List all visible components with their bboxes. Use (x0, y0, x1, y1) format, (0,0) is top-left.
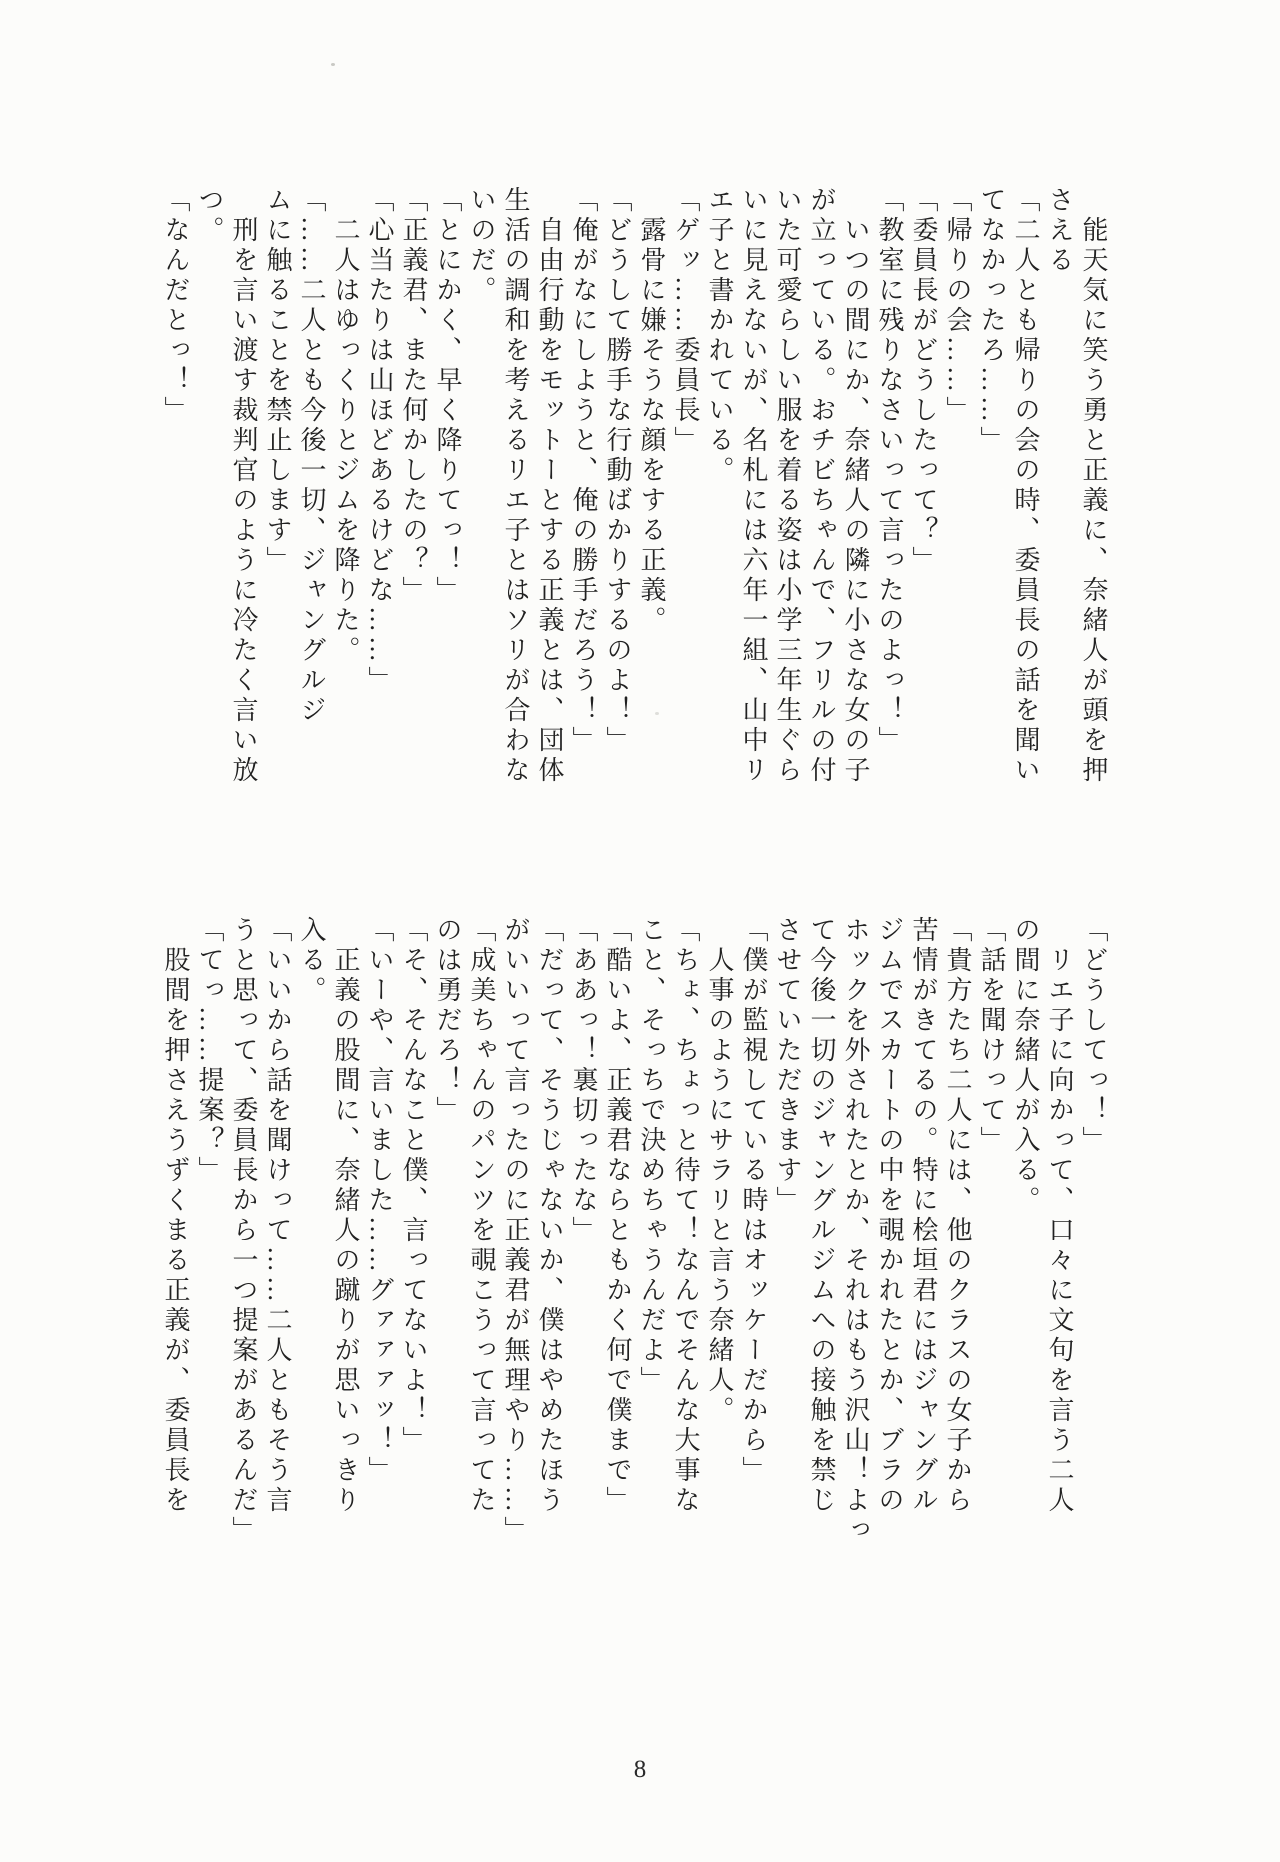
text-column: 自由行動をモットーとする正義とは、団体 (532, 186, 566, 848)
text-column: 「心当たりは山ほどあるけどな……」 (362, 186, 396, 848)
text-column: いのだ。 (464, 186, 498, 848)
text-column: 「そ、そんなこと僕、言ってないよ！」 (396, 916, 430, 1578)
text-column: ムに触ることを禁止します」 (260, 186, 294, 848)
top-text-block: 能天気に笑う勇と正義に、奈緒人が頭を押さえる「二人とも帰りの会の時、委員長の話を… (158, 186, 1110, 848)
text-column: 露骨に嫌そうな顔をする正義。 (634, 186, 668, 848)
text-column: がいいって言ったのに正義君が無理やり……」 (498, 916, 532, 1578)
page-number: 8 (0, 1756, 1280, 1784)
text-column: ジムでスカートの中を覗かれたとか、ブラの (872, 916, 906, 1578)
text-column: のは勇だろ！」 (430, 916, 464, 1578)
document-page: 能天気に笑う勇と正義に、奈緒人が頭を押さえる「二人とも帰りの会の時、委員長の話を… (0, 0, 1280, 1862)
text-column: 「てっ……提案？」 (192, 916, 226, 1578)
text-column: 「いーや、言いました……グァァァッ！」 (362, 916, 396, 1578)
text-column: こと、そっちで決めちゃうんだよ」 (634, 916, 668, 1578)
text-column: 二人はゆっくりとジムを降りた。 (328, 186, 362, 848)
text-column: さえる (1042, 186, 1076, 848)
text-column: いつの間にか、奈緒人の隣に小さな女の子 (838, 186, 872, 848)
text-column: 「なんだとっ！」 (158, 186, 192, 848)
bottom-text-block: 「どうしてっ！」 リエ子に向かって、口々に文句を言う二人の間に奈緒人が入る。「話… (158, 916, 1110, 1578)
text-column: の間に奈緒人が入る。 (1008, 916, 1042, 1578)
text-column: て今後一切のジャングルジムへの接触を禁じ (804, 916, 838, 1578)
text-column: 「教室に残りなさいって言ったのよっ！」 (872, 186, 906, 848)
text-column: 刑を言い渡す裁判官のように冷たく言い放 (226, 186, 260, 848)
text-column: が立っている。おチビちゃんで、フリルの付 (804, 186, 838, 848)
text-column: 股間を押さえうずくまる正義が、委員長を (158, 916, 192, 1578)
text-column: 生活の調和を考えるリエ子とはソリが合わな (498, 186, 532, 848)
text-column: 苦情がきてるの。特に桧垣君にはジャングル (906, 916, 940, 1578)
text-column: いに見えないが、名札には六年一組、山中リ (736, 186, 770, 848)
text-column: 「どうして勝手な行動ばかりするのよ！」 (600, 186, 634, 848)
text-column: 「成美ちゃんのパンツを覗こうって言ってた (464, 916, 498, 1578)
text-column: 「いいから話を聞けって……二人ともそう言 (260, 916, 294, 1578)
text-column: 「話を聞けって」 (974, 916, 1008, 1578)
text-column: させていただきます」 (770, 916, 804, 1578)
text-column: 人事のようにサラリと言う奈緒人。 (702, 916, 736, 1578)
text-column: つ。 (192, 186, 226, 848)
text-column: 「どうしてっ！」 (1076, 916, 1110, 1578)
text-column: 「二人とも帰りの会の時、委員長の話を聞い (1008, 186, 1042, 848)
text-column: 「酷いよ、正義君ならともかく何で僕まで」 (600, 916, 634, 1578)
text-column: 正義の股間に、奈緒人の蹴りが思いっきり (328, 916, 362, 1578)
text-column: うと思って、委員長から一つ提案があるんだ」 (226, 916, 260, 1578)
text-column: 「委員長がどうしたって？」 (906, 186, 940, 848)
text-column: 「……二人とも今後一切、ジャングルジ (294, 186, 328, 848)
text-column: ホックを外されたとか、それはもう沢山！よっ (838, 916, 872, 1578)
text-column: エ子と書かれている。 (702, 186, 736, 848)
text-column: 「とにかく、早く降りてっ！」 (430, 186, 464, 848)
text-column: 能天気に笑う勇と正義に、奈緒人が頭を押 (1076, 186, 1110, 848)
text-column: 「貴方たち二人には、他のクラスの女子から (940, 916, 974, 1578)
text-column: いた可愛らしい服を着る姿は小学三年生ぐら (770, 186, 804, 848)
text-column: 入る。 (294, 916, 328, 1578)
text-column: 「だって、そうじゃないか、僕はやめたほう (532, 916, 566, 1578)
text-column: 「ゲッ……委員長」 (668, 186, 702, 848)
text-column: 「帰りの会……」 (940, 186, 974, 848)
paper-speck (331, 63, 335, 66)
text-column: 「僕が監視している時はオッケーだから」 (736, 916, 770, 1578)
text-column: 「俺がなにしようと、俺の勝手だろう！」 (566, 186, 600, 848)
text-column: リエ子に向かって、口々に文句を言う二人 (1042, 916, 1076, 1578)
text-column: 「ちょ、ちょっと待て！なんでそんな大事な (668, 916, 702, 1578)
text-column: 「正義君、また何かしたの？」 (396, 186, 430, 848)
text-column: てなかったろ……」 (974, 186, 1008, 848)
text-column: 「ああっ！裏切ったな」 (566, 916, 600, 1578)
